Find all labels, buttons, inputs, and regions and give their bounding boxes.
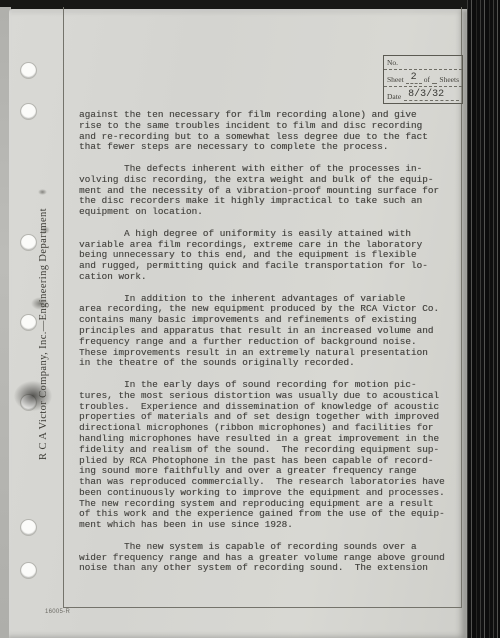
punch-hole bbox=[21, 63, 36, 78]
punch-hole bbox=[21, 315, 36, 330]
body-paragraph: A high degree of uniformity is easily at… bbox=[79, 229, 445, 283]
sheet-label: Sheet bbox=[387, 76, 404, 84]
info-row-number: No. bbox=[384, 56, 462, 70]
sheets-total-blank-line bbox=[432, 76, 437, 84]
typed-body-text: against the ten necessary for film recor… bbox=[79, 110, 445, 585]
date-label: Date bbox=[387, 93, 401, 101]
form-number: 16005-R bbox=[45, 609, 70, 615]
punch-hole bbox=[21, 104, 36, 119]
document-paper: R C A Victor Company, Inc.—Engineering D… bbox=[9, 9, 467, 638]
scanned-document-scene: R C A Victor Company, Inc.—Engineering D… bbox=[0, 0, 500, 638]
sheet-info-box: No. Sheet 2 of Sheets Date 8/3/32 bbox=[383, 55, 463, 104]
sheets-label: Sheets bbox=[439, 76, 459, 84]
body-paragraph: In addition to the inherent advantages o… bbox=[79, 294, 445, 370]
body-paragraph: The new system is capable of recording s… bbox=[79, 542, 445, 574]
punch-hole bbox=[21, 563, 36, 578]
body-paragraph: The defects inherent with either of the … bbox=[79, 164, 445, 218]
stacked-pages-edge bbox=[467, 0, 500, 638]
date-value: 8/3/32 bbox=[404, 90, 459, 101]
company-name-vertical-label: R C A Victor Company, Inc.—Engineering D… bbox=[38, 184, 52, 484]
punch-hole bbox=[21, 235, 36, 250]
body-paragraph: against the ten necessary for film recor… bbox=[79, 110, 445, 153]
no-label: No. bbox=[387, 59, 398, 67]
info-row-sheet: Sheet 2 of Sheets bbox=[384, 70, 462, 87]
info-row-date: Date 8/3/32 bbox=[384, 87, 462, 103]
sheet-number-value: 2 bbox=[406, 73, 422, 84]
punch-hole bbox=[21, 520, 36, 535]
body-paragraph: In the early days of sound recording for… bbox=[79, 380, 445, 531]
of-label: of bbox=[424, 76, 430, 84]
